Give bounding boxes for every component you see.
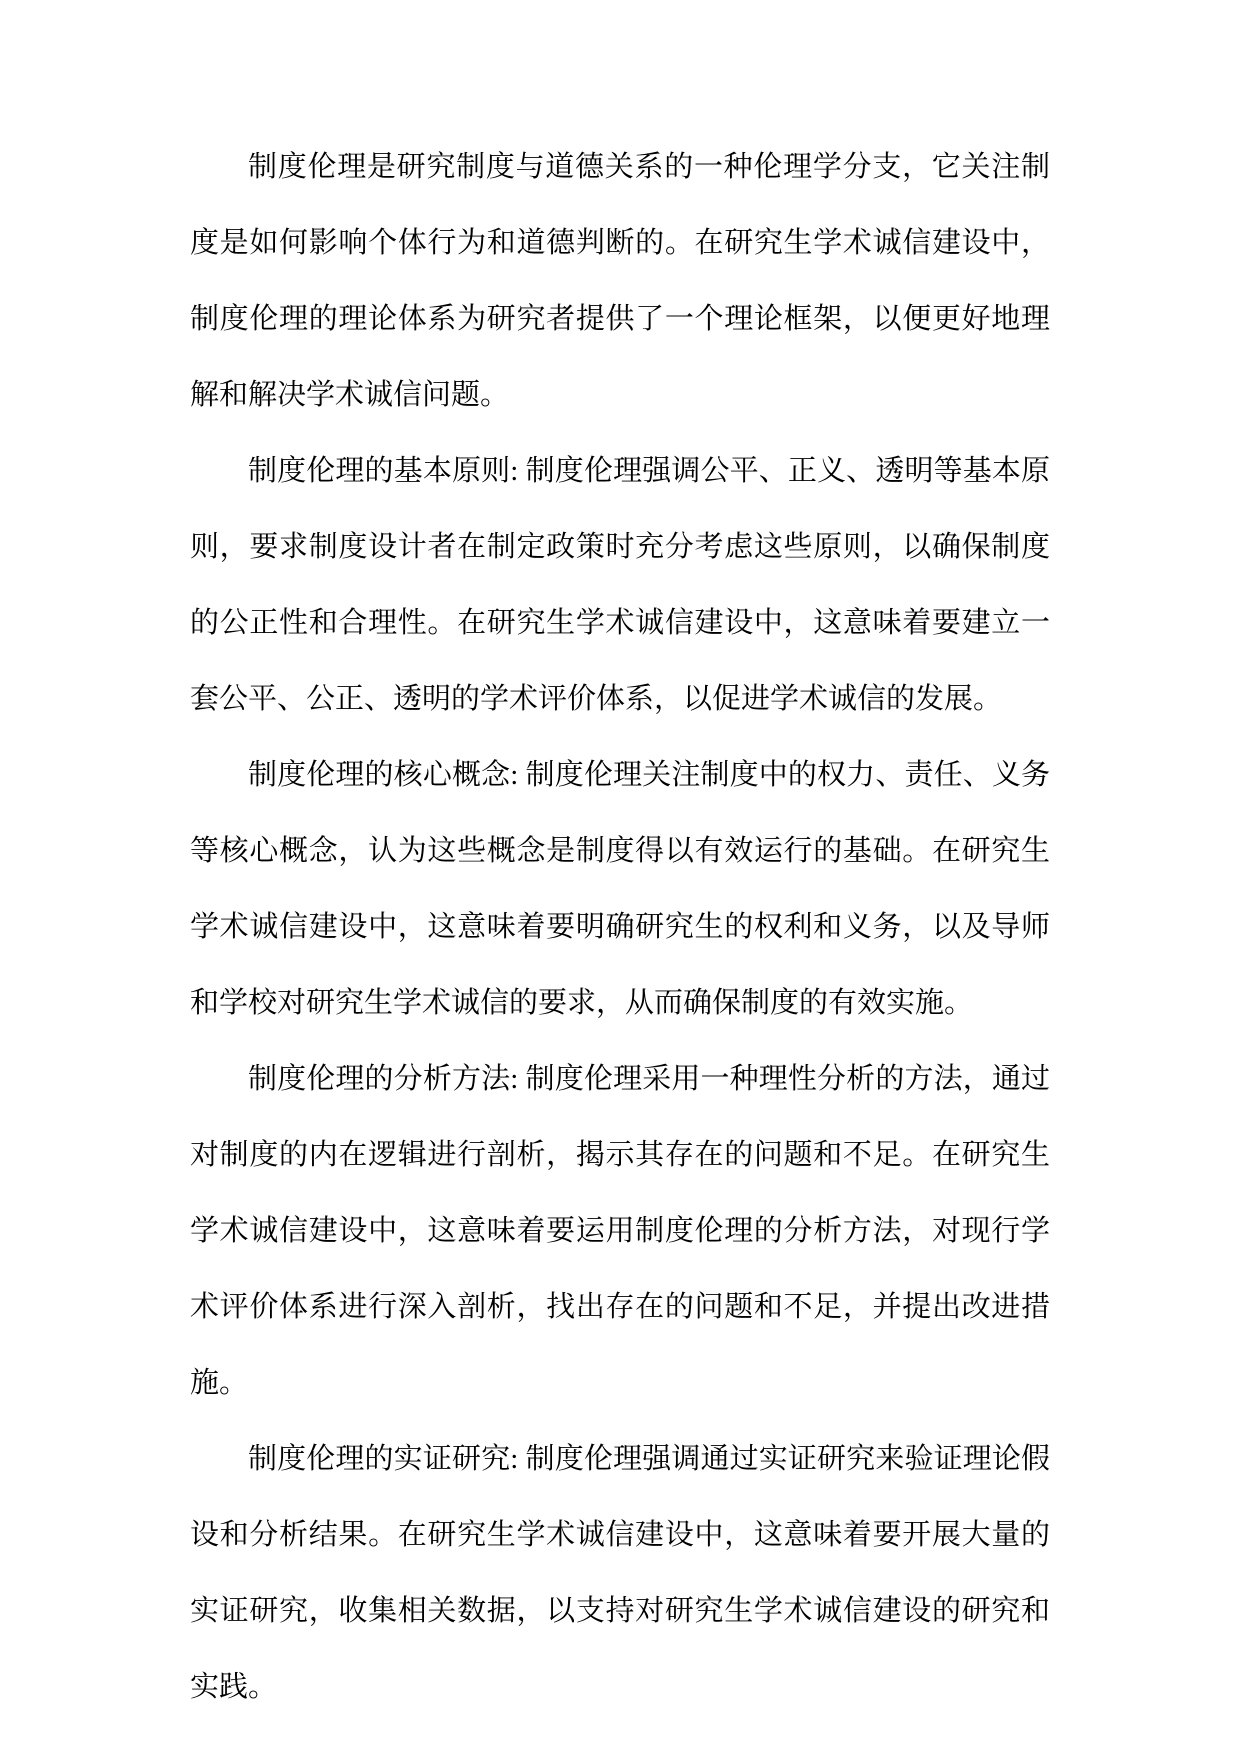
paragraph-basic-principles: 制度伦理的基本原则: 制度伦理强调公平、正义、透明等基本原则，要求制度设计者在制… xyxy=(190,433,1050,737)
paragraph-analysis-methods: 制度伦理的分析方法: 制度伦理采用一种理性分析的方法，通过对制度的内在逻辑进行剖… xyxy=(190,1041,1050,1421)
paragraph-core-concepts: 制度伦理的核心概念: 制度伦理关注制度中的权力、责任、义务等核心概念，认为这些概… xyxy=(190,737,1050,1041)
paragraph-intro: 制度伦理是研究制度与道德关系的一种伦理学分支，它关注制度是如何影响个体行为和道德… xyxy=(190,129,1050,433)
document-body-text: 制度伦理是研究制度与道德关系的一种伦理学分支，它关注制度是如何影响个体行为和道德… xyxy=(190,129,1050,1725)
paragraph-empirical-research: 制度伦理的实证研究: 制度伦理强调通过实证研究来验证理论假设和分析结果。在研究生… xyxy=(190,1421,1050,1725)
document-page: 制度伦理是研究制度与道德关系的一种伦理学分支，它关注制度是如何影响个体行为和道德… xyxy=(0,0,1241,1754)
